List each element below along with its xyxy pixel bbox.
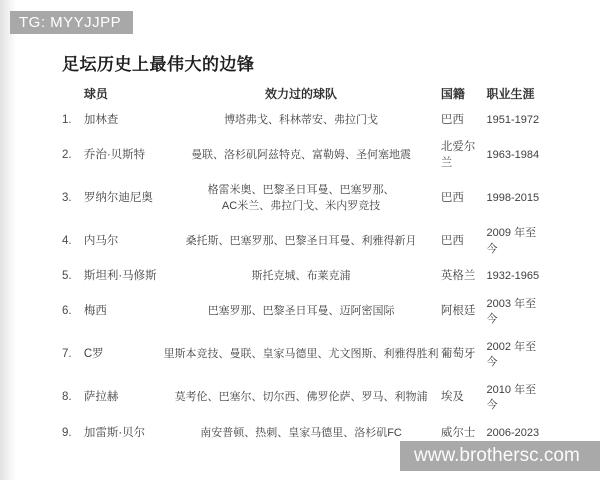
row-rank: 5. (56, 269, 84, 285)
player-name: 斯坦利·马修斯 (84, 269, 161, 285)
career-span: 2009 年至 今 (487, 226, 552, 257)
career-span: 1963-1984 (487, 148, 552, 164)
nationality: 巴西 (441, 191, 487, 207)
career-span: 2003 年至 今 (487, 297, 552, 328)
table-row: 1. 加林查 博塔弗戈、科林蒂安、弗拉门戈 巴西 1951-1972 (56, 107, 552, 135)
col-header-career: 职业生涯 (487, 87, 552, 103)
table-header-row: 球员 效力过的球队 国籍 职业生涯 (56, 83, 552, 107)
teams-list: 斯托克城、布莱克浦 (161, 269, 441, 285)
player-name: 加林查 (84, 113, 161, 129)
career-span: 2002 年至 今 (487, 340, 552, 371)
row-rank: 6. (56, 304, 84, 320)
teams-list: 里斯本竞技、曼联、皇家马德里、尤文图斯、利雅得胜利 (161, 347, 441, 363)
nationality: 葡萄牙 (441, 347, 487, 363)
table-row: 5. 斯坦利·马修斯 斯托克城、布莱克浦 英格兰 1932-1965 (56, 263, 552, 291)
table-row: 6. 梅西 巴塞罗那、巴黎圣日耳曼、迈阿密国际 阿根廷 2003 年至 今 (56, 291, 552, 334)
nationality: 巴西 (441, 234, 487, 250)
col-header-teams: 效力过的球队 (161, 87, 441, 103)
col-header-nationality: 国籍 (441, 87, 487, 103)
teams-list: 博塔弗戈、科林蒂安、弗拉门戈 (161, 113, 441, 129)
table-row: 3. 罗纳尔迪尼奥 格雷米奥、巴黎圣日耳曼、巴塞罗那、 AC米兰、弗拉门戈、米内… (56, 177, 552, 220)
col-header-player: 球员 (84, 87, 161, 103)
row-rank: 4. (56, 234, 84, 250)
career-span: 2010 年至 今 (487, 383, 552, 414)
nationality: 阿根廷 (441, 304, 487, 320)
row-rank: 7. (56, 347, 84, 363)
row-rank: 8. (56, 390, 84, 406)
nationality: 英格兰 (441, 269, 487, 285)
nationality: 北爱尔 兰 (441, 140, 487, 171)
nationality: 威尔士 (441, 426, 487, 442)
teams-list: 莫考伦、巴塞尔、切尔西、佛罗伦萨、罗马、利物浦 (161, 390, 441, 406)
tg-watermark-badge: TG: MYYJJPP (10, 11, 133, 34)
player-name: 加雷斯·贝尔 (84, 426, 161, 442)
teams-list: 曼联、洛杉矶阿兹特克、富勒姆、圣何塞地震 (161, 148, 441, 164)
career-span: 1932-1965 (487, 269, 552, 285)
nationality: 巴西 (441, 113, 487, 129)
table-row: 4. 内马尔 桑托斯、巴塞罗那、巴黎圣日耳曼、利雅得新月 巴西 2009 年至 … (56, 220, 552, 263)
nationality: 埃及 (441, 390, 487, 406)
site-watermark: www.brothersc.com (400, 441, 600, 471)
row-rank: 2. (56, 148, 84, 164)
teams-list: 南安普顿、热刺、皇家马德里、洛杉矶FC (161, 426, 441, 442)
table-row: 7. C罗 里斯本竞技、曼联、皇家马德里、尤文图斯、利雅得胜利 葡萄牙 2002… (56, 334, 552, 377)
row-rank: 9. (56, 426, 84, 442)
article: 足坛历史上最伟大的边锋 球员 效力过的球队 国籍 职业生涯 1. 加林查 博塔弗… (56, 44, 552, 447)
career-span: 1998-2015 (487, 191, 552, 207)
row-rank: 1. (56, 113, 84, 129)
player-name: 梅西 (84, 304, 161, 320)
player-name: 罗纳尔迪尼奥 (84, 191, 161, 207)
page-title: 足坛历史上最伟大的边锋 (62, 50, 552, 75)
teams-list: 桑托斯、巴塞罗那、巴黎圣日耳曼、利雅得新月 (161, 234, 441, 250)
career-span: 1951-1972 (487, 113, 552, 129)
table-row: 2. 乔治·贝斯特 曼联、洛杉矶阿兹特克、富勒姆、圣何塞地震 北爱尔 兰 196… (56, 134, 552, 177)
teams-list: 巴塞罗那、巴黎圣日耳曼、迈阿密国际 (161, 304, 441, 320)
player-name: 萨拉赫 (84, 390, 161, 406)
table-row: 8. 萨拉赫 莫考伦、巴塞尔、切尔西、佛罗伦萨、罗马、利物浦 埃及 2010 年… (56, 377, 552, 420)
player-name: 内马尔 (84, 234, 161, 250)
table-body: 1. 加林查 博塔弗戈、科林蒂安、弗拉门戈 巴西 1951-1972 2. 乔治… (56, 107, 552, 448)
player-name: 乔治·贝斯特 (84, 148, 161, 164)
teams-list: 格雷米奥、巴黎圣日耳曼、巴塞罗那、 AC米兰、弗拉门戈、米内罗竞技 (161, 183, 441, 214)
row-rank: 3. (56, 191, 84, 207)
player-name: C罗 (84, 347, 161, 363)
career-span: 2006-2023 (487, 426, 552, 442)
